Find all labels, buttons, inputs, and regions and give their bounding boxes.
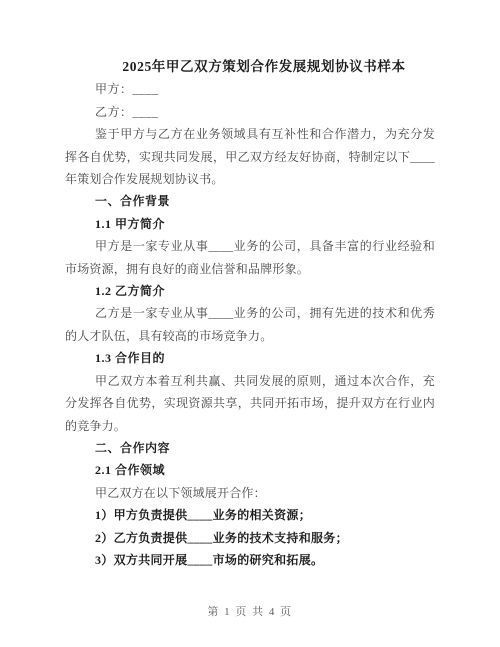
party-a-line: 甲方：____ bbox=[65, 78, 435, 100]
cooperation-item-3: 3）双方共同开展____市场的研究和拓展。 bbox=[65, 549, 435, 571]
section-1-2-paragraph: 乙方是一家专业从事____业务的公司，拥有先进的技术和优秀的人才队伍，具有较高的… bbox=[65, 302, 435, 347]
document-content: 2025年甲乙双方策划合作发展规划协议书样本 甲方：____ 乙方：____ 鉴… bbox=[65, 0, 435, 571]
party-b-line: 乙方：____ bbox=[65, 101, 435, 123]
section-2-1-heading: 2.1 合作领域 bbox=[65, 459, 435, 481]
section-2-1-intro: 甲乙双方在以下领域展开合作： bbox=[65, 482, 435, 504]
section-1-2-heading: 1.2 乙方简介 bbox=[65, 280, 435, 302]
page-number-indicator: 第 1 页 共 4 页 bbox=[0, 604, 500, 620]
section-2-heading: 二、合作内容 bbox=[65, 437, 435, 459]
document-page: 2025年甲乙双方策划合作发展规划协议书样本 甲方：____ 乙方：____ 鉴… bbox=[0, 0, 500, 647]
intro-paragraph: 鉴于甲方与乙方在业务领域具有互补性和合作潜力，为充分发挥各自优势，实现共同发展，… bbox=[65, 123, 435, 190]
cooperation-item-2: 2）乙方负责提供____业务的技术支持和服务； bbox=[65, 527, 435, 549]
document-title: 2025年甲乙双方策划合作发展规划协议书样本 bbox=[65, 56, 435, 78]
section-1-1-paragraph: 甲方是一家专业从事____业务的公司，具备丰富的行业经验和市场资源，拥有良好的商… bbox=[65, 235, 435, 280]
section-1-heading: 一、合作背景 bbox=[65, 190, 435, 212]
cooperation-item-1: 1）甲方负责提供____业务的相关资源； bbox=[65, 504, 435, 526]
section-1-1-heading: 1.1 甲方简介 bbox=[65, 213, 435, 235]
section-1-3-heading: 1.3 合作目的 bbox=[65, 347, 435, 369]
section-1-3-paragraph: 甲乙双方本着互利共赢、共同发展的原则，通过本次合作，充分发挥各自优势，实现资源共… bbox=[65, 370, 435, 437]
